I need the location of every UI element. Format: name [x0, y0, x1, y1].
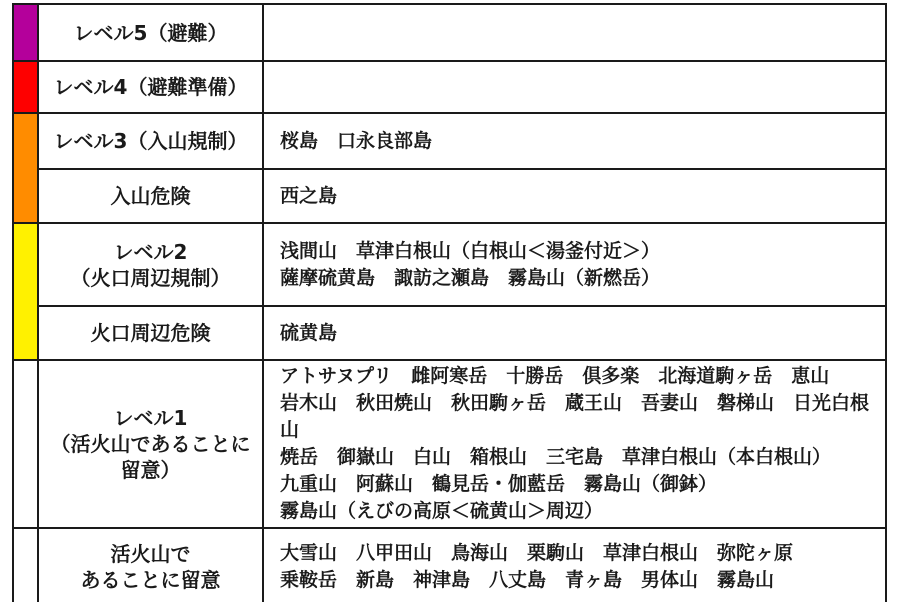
level4-label-cell: レベル4（避難準備）	[38, 61, 263, 113]
level-label: あることに留意	[43, 567, 258, 593]
table-row-level2: レベル2 （火口周辺規制） 浅間山 草津白根山（白根山＜湯釜付近＞） 薩摩硫黄島…	[13, 223, 886, 306]
table-row-level4: レベル4（避難準備）	[13, 61, 886, 113]
level2-volcano-cell: 浅間山 草津白根山（白根山＜湯釜付近＞） 薩摩硫黄島 諏訪之瀬島 霧島山（新燃岳…	[263, 223, 886, 306]
volcano-list-line: アトサヌプリ 雌阿寒岳 十勝岳 倶多楽 北海道駒ヶ岳 恵山	[280, 363, 879, 390]
volcano-list-line: 乗鞍岳 新島 神津島 八丈島 青ヶ島 男体山 霧島山	[280, 567, 879, 594]
level1-color-swatch	[13, 360, 38, 528]
level3-color-swatch	[13, 113, 38, 223]
volcano-list-line: 薩摩硫黄島 諏訪之瀬島 霧島山（新燃岳）	[280, 265, 879, 292]
volcano-list-line: 九重山 阿蘇山 鶴見岳・伽藍岳 霧島山（御鉢）	[280, 471, 879, 498]
nyuzan-kiken-volcano-cell: 西之島	[263, 169, 886, 223]
katsukazan-ryui-label-cell: 活火山で あることに留意	[38, 528, 263, 602]
table-row-kako-shuhen-kiken: 火口周辺危険 硫黄島	[13, 306, 886, 360]
volcano-list-line: 浅間山 草津白根山（白根山＜湯釜付近＞）	[280, 238, 879, 265]
kako-shuhen-kiken-label-cell: 火口周辺危険	[38, 306, 263, 360]
volcano-list-line: 硫黄島	[280, 320, 879, 347]
volcano-list-line: 桜島 口永良部島	[280, 128, 879, 155]
level2-color-swatch	[13, 223, 38, 360]
level1-volcano-cell: アトサヌプリ 雌阿寒岳 十勝岳 倶多楽 北海道駒ヶ岳 恵山 岩木山 秋田焼山 秋…	[263, 360, 886, 528]
katsukazan-ryui-volcano-cell: 大雪山 八甲田山 鳥海山 栗駒山 草津白根山 弥陀ヶ原 乗鞍岳 新島 神津島 八…	[263, 528, 886, 602]
table-row-level1: レベル1 （活火山であることに留意） アトサヌプリ 雌阿寒岳 十勝岳 倶多楽 北…	[13, 360, 886, 528]
volcano-list-line: 岩木山 秋田焼山 秋田駒ヶ岳 蔵王山 吾妻山 磐梯山 日光白根山	[280, 390, 879, 444]
nyuzan-kiken-label-cell: 入山危険	[38, 169, 263, 223]
level1-label-cell: レベル1 （活火山であることに留意）	[38, 360, 263, 528]
level5-color-swatch	[13, 4, 38, 61]
table-row-nyuzan-kiken: 入山危険 西之島	[13, 169, 886, 223]
level3-volcano-cell: 桜島 口永良部島	[263, 113, 886, 169]
volcano-list-line: 大雪山 八甲田山 鳥海山 栗駒山 草津白根山 弥陀ヶ原	[280, 540, 879, 567]
level-label: 活火山で	[43, 541, 258, 567]
level-label: （火口周辺規制）	[43, 265, 258, 291]
level-label: （活火山であることに留意）	[43, 431, 258, 483]
volcano-list-line: 西之島	[280, 183, 879, 210]
volcano-alert-level-table: レベル5（避難） レベル4（避難準備） レベル3（入山規制） 桜島 口永良部島	[12, 3, 887, 602]
level5-volcano-cell	[263, 4, 886, 61]
level-label: レベル2	[43, 239, 258, 265]
level3-label-cell: レベル3（入山規制）	[38, 113, 263, 169]
kako-shuhen-kiken-volcano-cell: 硫黄島	[263, 306, 886, 360]
page: レベル5（避難） レベル4（避難準備） レベル3（入山規制） 桜島 口永良部島	[0, 0, 900, 602]
volcano-list-line: 霧島山（えびの高原＜硫黄山＞周辺）	[280, 498, 879, 525]
level-label: 火口周辺危険	[43, 320, 258, 346]
katsukazan-ryui-color-swatch	[13, 528, 38, 602]
table-row-level3: レベル3（入山規制） 桜島 口永良部島	[13, 113, 886, 169]
level-label: レベル3（入山規制）	[43, 128, 258, 154]
table-row-level5: レベル5（避難）	[13, 4, 886, 61]
level-label: 入山危険	[43, 183, 258, 209]
level4-volcano-cell	[263, 61, 886, 113]
table-row-katsukazan-ryui: 活火山で あることに留意 大雪山 八甲田山 鳥海山 栗駒山 草津白根山 弥陀ヶ原…	[13, 528, 886, 602]
level-label: レベル4（避難準備）	[43, 74, 258, 100]
volcano-list-line: 焼岳 御嶽山 白山 箱根山 三宅島 草津白根山（本白根山）	[280, 444, 879, 471]
level-label: レベル5（避難）	[43, 20, 258, 46]
level4-color-swatch	[13, 61, 38, 113]
level5-label-cell: レベル5（避難）	[38, 4, 263, 61]
level2-label-cell: レベル2 （火口周辺規制）	[38, 223, 263, 306]
level-label: レベル1	[43, 405, 258, 431]
